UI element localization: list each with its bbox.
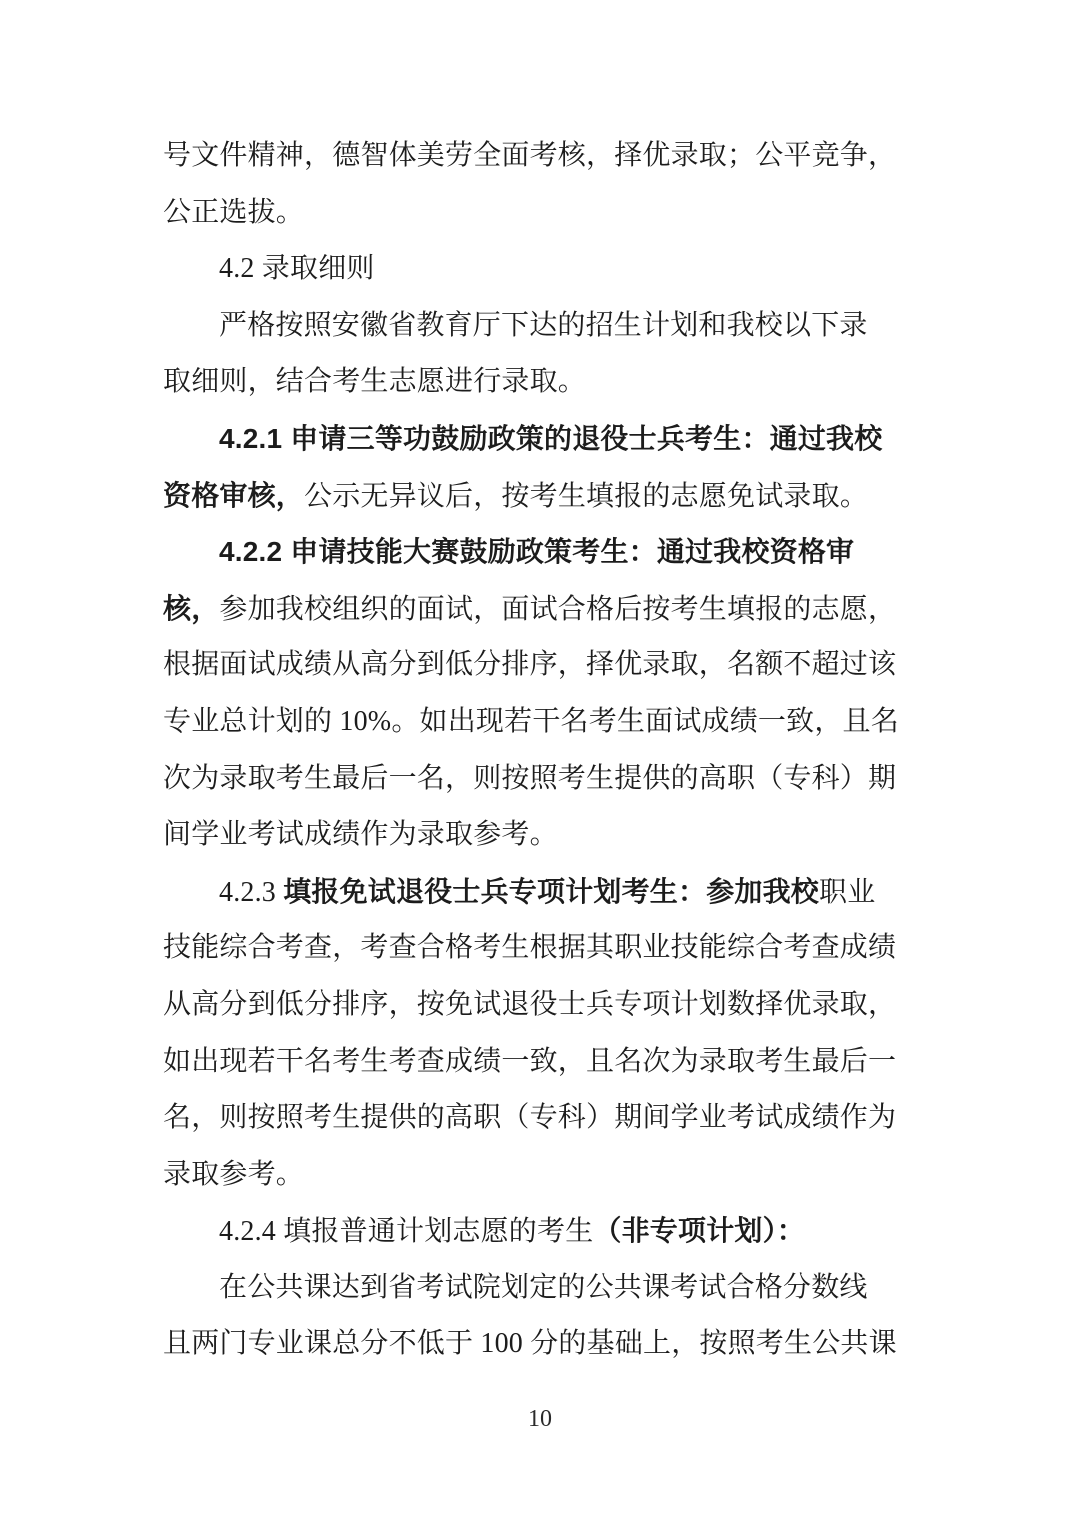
bold-text: 核， xyxy=(163,593,219,624)
body-text: 次为录取考生最后一名，则按照考生提供的高职（专科）期 xyxy=(163,763,896,794)
text-line: 专业总计划的 10%。如出现若干名考生面试成绩一致，且名 xyxy=(163,694,923,751)
body-text: 技能综合考查，考查合格考生根据其职业技能综合考查成绩 xyxy=(163,932,896,963)
body-text: 严格按照安徽省教育厅下达的招生计划和我校以下录 xyxy=(219,310,868,341)
body-text: 4.2.3 xyxy=(219,877,283,908)
body-text: 4.2 录取细则 xyxy=(219,253,375,284)
text-line: 从高分到低分排序，按免试退役士兵专项计划数择优录取， xyxy=(163,977,923,1034)
text-line: 录取参考。 xyxy=(163,1147,923,1204)
body-text: 且两门专业课总分不低于 100 分的基础上，按照考生公共课 xyxy=(163,1328,897,1359)
body-text: 在公共课达到省考试院划定的公共课考试合格分数线 xyxy=(219,1272,868,1303)
text-line: 4.2.2 申请技能大赛鼓励政策考生：通过我校资格审 xyxy=(163,524,923,581)
body-text: 4.2.4 填报普通计划志愿的考生 xyxy=(219,1216,593,1247)
body-text: 间学业考试成绩作为录取参考。 xyxy=(163,819,558,850)
body-text: 取细则，结合考生志愿进行录取。 xyxy=(163,366,586,397)
text-line: 严格按照安徽省教育厅下达的招生计划和我校以下录 xyxy=(163,298,923,355)
text-line: 根据面试成绩从高分到低分排序，择优录取，名额不超过该 xyxy=(163,637,923,694)
text-line: 公正选拔。 xyxy=(163,185,923,242)
bold-text: 填报免试退役士兵专项计划考生：参加我校 xyxy=(283,876,819,907)
body-text: 根据面试成绩从高分到低分排序，择优录取，名额不超过该 xyxy=(163,649,896,680)
bold-text: 4.2.1 申请三等功鼓励政策的退役士兵考生：通过我校 xyxy=(219,423,882,454)
text-line: 4.2.4 填报普通计划志愿的考生（非专项计划）： xyxy=(163,1203,923,1260)
text-line: 资格审核，公示无异议后，按考生填报的志愿免试录取。 xyxy=(163,468,923,525)
text-line: 4.2.3 填报免试退役士兵专项计划考生：参加我校职业 xyxy=(163,864,923,921)
body-text: 名，则按照考生提供的高职（专科）期间学业考试成绩作为 xyxy=(163,1102,896,1133)
body-text: 专业总计划的 10%。如出现若干名考生面试成绩一致，且名 xyxy=(163,706,899,737)
text-line: 号文件精神，德智体美劳全面考核，择优录取；公平竞争， xyxy=(163,128,923,185)
body-text: 从高分到低分排序，按免试退役士兵专项计划数择优录取， xyxy=(163,989,896,1020)
text-line: 4.2 录取细则 xyxy=(163,241,923,298)
text-line: 且两门专业课总分不低于 100 分的基础上，按照考生公共课 xyxy=(163,1316,923,1373)
body-text: 公示无异议后，按考生填报的志愿免试录取。 xyxy=(304,481,868,512)
text-line: 核，参加我校组织的面试，面试合格后按考生填报的志愿， xyxy=(163,581,923,638)
text-line: 次为录取考生最后一名，则按照考生提供的高职（专科）期 xyxy=(163,751,923,808)
body-text: 参加我校组织的面试，面试合格后按考生填报的志愿， xyxy=(219,594,896,625)
bold-text: 4.2.2 申请技能大赛鼓励政策考生：通过我校资格审 xyxy=(219,536,854,567)
text-line: 4.2.1 申请三等功鼓励政策的退役士兵考生：通过我校 xyxy=(163,411,923,468)
text-line: 技能综合考查，考查合格考生根据其职业技能综合考查成绩 xyxy=(163,920,923,977)
page-number: 10 xyxy=(0,1406,1080,1433)
body-text: 公正选拔。 xyxy=(163,197,304,228)
body-text: 如出现若干名考生考查成绩一致，且名次为录取考生最后一 xyxy=(163,1046,896,1077)
bold-text: （非专项计划）： xyxy=(593,1215,805,1246)
text-line: 间学业考试成绩作为录取参考。 xyxy=(163,807,923,864)
bold-text: 资格审核， xyxy=(163,480,304,511)
document-body: 号文件精神，德智体美劳全面考核，择优录取；公平竞争，公正选拔。4.2 录取细则严… xyxy=(163,128,923,1373)
text-line: 取细则，结合考生志愿进行录取。 xyxy=(163,354,923,411)
body-text: 录取参考。 xyxy=(163,1159,304,1190)
text-line: 名，则按照考生提供的高职（专科）期间学业考试成绩作为 xyxy=(163,1090,923,1147)
body-text: 职业 xyxy=(819,877,875,908)
body-text: 号文件精神，德智体美劳全面考核，择优录取；公平竞争， xyxy=(163,140,896,171)
text-line: 如出现若干名考生考查成绩一致，且名次为录取考生最后一 xyxy=(163,1034,923,1091)
document-page: 号文件精神，德智体美劳全面考核，择优录取；公平竞争，公正选拔。4.2 录取细则严… xyxy=(0,0,1080,1527)
text-line: 在公共课达到省考试院划定的公共课考试合格分数线 xyxy=(163,1260,923,1317)
